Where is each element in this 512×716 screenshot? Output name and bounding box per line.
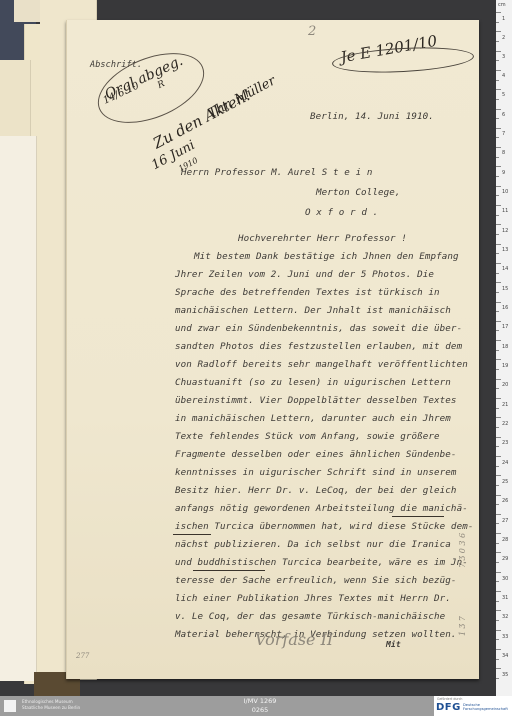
margin-note-2: 1 Ʒ 7	[458, 616, 467, 636]
ruler-tick	[496, 552, 501, 553]
ruler-tick	[496, 263, 501, 264]
ruler-tick	[496, 610, 501, 611]
body-line: nächst publizieren. Da ich selbst nur di…	[175, 539, 451, 550]
body-line: in manichäischen Lettern, darunter auch …	[175, 413, 451, 424]
ruler-tick	[496, 205, 501, 206]
ruler-tick	[496, 446, 499, 447]
body-line: Jhrer Zeilen vom 2. Juni und der 5 Photo…	[175, 269, 434, 280]
body-line: kenntnisses in uigurischer Schrift sind …	[175, 467, 457, 478]
ruler-tick	[496, 495, 501, 496]
body-line: und buddhistischen Turcica bearbeite, wä…	[175, 557, 468, 568]
ruler-tick	[496, 437, 501, 438]
body-line: und zwar ein Sündenbekenntnis, das sowei…	[175, 323, 462, 334]
ruler-tick	[496, 224, 501, 225]
body-line: Besitz hier. Herr Dr. v. LeCoq, der bei …	[175, 485, 457, 496]
ruler-tick	[496, 31, 501, 32]
body-line: Chuastuanift (so zu lesen) in uigurische…	[175, 377, 451, 388]
ruler-tick	[496, 186, 501, 187]
body-line: ischen Turcica übernommen hat, wird dies…	[175, 521, 473, 532]
ruler-tick	[496, 330, 499, 331]
ruler-tick	[496, 99, 499, 100]
ruler-tick	[496, 379, 501, 380]
ruler-tick	[496, 581, 499, 582]
ruler-tick	[496, 244, 501, 245]
ruler-tick	[496, 89, 501, 90]
institution-name: Ethnologisches Museum Staatliche Museen …	[22, 699, 80, 710]
ruler-tick	[496, 166, 501, 167]
ruler-tick	[496, 562, 499, 563]
ruler-tick	[496, 12, 501, 13]
ruler-tick	[496, 118, 499, 119]
image-number: 0265	[180, 706, 340, 715]
ruler-tick	[496, 273, 499, 274]
funder-name: Deutsche Forschungsgemeinschaft	[463, 703, 508, 712]
body-line: von Radloff bereits sehr mangelhaft verö…	[175, 359, 468, 370]
ruler-tick	[496, 350, 499, 351]
ruler-tick	[496, 215, 499, 216]
ruler-tick	[496, 41, 499, 42]
ruler-tick	[496, 514, 501, 515]
body-line: Fragmente desselben oder eines ähnlichen…	[175, 449, 457, 460]
page-number: 2	[308, 24, 316, 39]
body-line: lich einer Publikation Jhres Textes mit …	[175, 593, 451, 604]
ruler-tick	[496, 369, 499, 370]
ruler-tick	[496, 176, 499, 177]
ruler-tick	[496, 523, 499, 524]
ruler-tick	[496, 388, 499, 389]
folio-number: 277	[76, 652, 89, 660]
ruler-tick	[496, 678, 499, 679]
ruler-tick	[496, 649, 501, 650]
ruler-tick	[496, 128, 501, 129]
body-line: v. Le Coq, der das gesamte Türkisch-mani…	[175, 611, 445, 622]
ruler-tick	[496, 311, 499, 312]
ruler-tick	[496, 253, 499, 254]
handwritten-underline	[173, 534, 211, 535]
shelfmark: I/MV 1269 0265	[180, 697, 340, 715]
ruler-tick	[496, 60, 499, 61]
ruler-tick	[496, 302, 501, 303]
ruler-tick	[496, 591, 501, 592]
ruler-tick	[496, 572, 501, 573]
ruler-tick	[496, 282, 501, 283]
ruler-tick	[496, 620, 499, 621]
ruler-tick	[496, 234, 499, 235]
ruler-tick	[496, 668, 501, 669]
page-fold	[66, 20, 67, 679]
paper-strip	[0, 60, 31, 140]
shelfmark-id: I/MV 1269	[180, 697, 340, 706]
ruler-tick	[496, 359, 501, 360]
addressee-line-2: Merton College,	[316, 187, 400, 198]
ruler-tick	[496, 630, 501, 631]
body-line: Sprache des betreffenden Textes ist türk…	[175, 287, 440, 298]
ruler-tick	[496, 504, 499, 505]
ruler-tick	[496, 475, 501, 476]
ruler-tick	[496, 147, 501, 148]
ruler-tick	[496, 22, 499, 23]
ruler-tick	[496, 543, 499, 544]
ruler-tick	[496, 601, 499, 602]
ruler-tick	[496, 321, 501, 322]
ruler-tick	[496, 80, 499, 81]
pencil-note-bottom: Vorfase II	[255, 630, 333, 649]
addressee-line-1: Herrn Professor M. Aurel S t e i n	[181, 167, 372, 178]
ruler-tick	[496, 70, 501, 71]
handwritten-underline	[193, 570, 265, 571]
ruler-tick	[496, 466, 499, 467]
continuation-word: Mit	[386, 640, 401, 649]
ruler-unit: cm	[498, 2, 506, 8]
ruler-tick	[496, 533, 501, 534]
handwritten-underline	[392, 516, 444, 517]
ruler-tick	[496, 157, 499, 158]
margin-note-1: 7 Ʒ 0 3 6	[458, 533, 467, 568]
body-line: sandten Photos dies festzustellen erlaub…	[175, 341, 462, 352]
ruler-tick	[496, 417, 501, 418]
ruler-tick	[496, 639, 499, 640]
body-line: teresse der Sache erfreulich, wenn Sie s…	[175, 575, 457, 586]
body-line: übereinstimmt. Vier Doppelblätter dessel…	[175, 395, 457, 406]
addressee-line-3: O x f o r d .	[305, 207, 378, 218]
ruler-tick	[496, 109, 501, 110]
ruler-tick	[496, 340, 501, 341]
white-sheet-edge	[0, 136, 37, 681]
ruler-tick	[496, 485, 499, 486]
ruler-tick	[496, 398, 501, 399]
body-line: manichäischen Lettern. Der Jnhalt ist ma…	[175, 305, 451, 316]
ruler-tick	[496, 137, 499, 138]
ruler-tick	[496, 456, 501, 457]
ruler-tick	[496, 292, 499, 293]
date-line: Berlin, 14. Juni 1910.	[310, 111, 434, 122]
body-line: anfangs nötig gewordenen Arbeitsteilung …	[175, 503, 468, 514]
funder-prefix: Gefördert durch	[437, 697, 462, 701]
body-line: Texte fehlendes Stück vom Anfang, sowie …	[175, 431, 440, 442]
ruler-tick	[496, 659, 499, 660]
dfg-logo-icon: DFG	[436, 702, 461, 713]
ruler-tick	[496, 51, 501, 52]
body-line: Mit bestem Dank bestätige ich Jhnen den …	[194, 251, 459, 262]
salutation: Hochverehrter Herr Professor !	[238, 233, 407, 244]
museum-logo-icon	[4, 700, 16, 712]
ruler-tick	[496, 408, 499, 409]
ruler-tick	[496, 427, 499, 428]
ruler-tick	[496, 195, 499, 196]
